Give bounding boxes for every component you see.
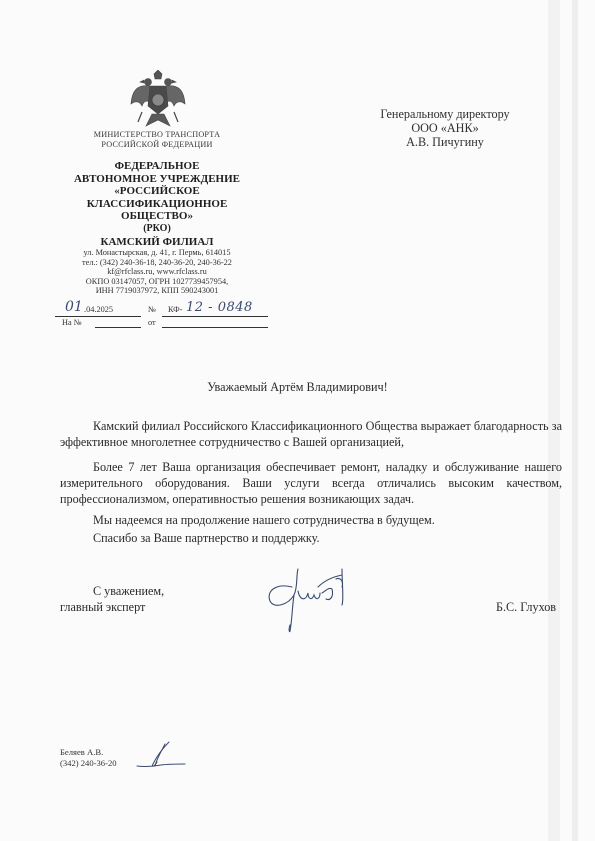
body-paragraph-3: Мы надеемся на продолжение нашего сотруд… xyxy=(60,512,562,528)
paragraph-text: Мы надеемся на продолжение нашего сотруд… xyxy=(93,513,435,527)
org-line: КАМСКИЙ ФИЛИАЛ xyxy=(62,236,252,249)
organization-contacts: ул. Монастырская, д. 41, г. Пермь, 61401… xyxy=(62,248,252,296)
executor-name: Беляев А.В. xyxy=(60,747,117,758)
org-line: ОБЩЕСТВО» xyxy=(62,210,252,223)
okpo-ogrn: ОКПО 03147057, ОГРН 1027739457954, xyxy=(62,277,252,287)
addressee-name: А.В. Пичугину xyxy=(355,135,535,149)
body-paragraph-4: Спасибо за Ваше партнерство и поддержку. xyxy=(60,530,562,546)
number-handwritten: 12 - 0848 xyxy=(186,300,253,315)
double-headed-eagle-emblem-icon xyxy=(128,70,188,132)
registration-date: 01 .04.2025 xyxy=(62,302,142,316)
ministry-line: РОССИЙСКОЙ ФЕДЕРАЦИИ xyxy=(62,140,252,150)
addressee-company: ООО «АНК» xyxy=(355,121,535,135)
ref-number-label: На № xyxy=(62,318,82,327)
ministry-title: МИНИСТЕРСТВО ТРАНСПОРТА РОССИЙСКОЙ ФЕДЕР… xyxy=(62,130,252,150)
signer-name: Б.С. Глухов xyxy=(496,600,556,615)
closing: С уважением, xyxy=(93,584,164,599)
ministry-line: МИНИСТЕРСТВО ТРАНСПОРТА xyxy=(62,130,252,140)
date-handwritten: 01 xyxy=(65,299,83,315)
ref-from-underline xyxy=(162,327,268,328)
number-printed: КФ- xyxy=(168,305,183,314)
handwritten-signature-icon xyxy=(262,565,352,635)
number-underline xyxy=(162,316,268,317)
email-web: kf@rfclass.ru, www.rfclass.ru xyxy=(62,267,252,277)
paragraph-text: Камский филиал Российского Классификацио… xyxy=(60,419,562,449)
date-underline xyxy=(55,316,141,317)
addressee-position: Генеральному директору xyxy=(355,107,535,121)
org-line: ФЕДЕРАЛЬНОЕ xyxy=(62,160,252,173)
body-paragraph-2: Более 7 лет Ваша организация обеспечивае… xyxy=(60,459,562,508)
org-line: КЛАССИФИКАЦИОННОЕ xyxy=(62,198,252,211)
paragraph-text: Спасибо за Ваше партнерство и поддержку. xyxy=(93,531,320,545)
ref-number-underline xyxy=(95,327,141,328)
body-paragraph-1: Камский филиал Российского Классификацио… xyxy=(60,418,562,450)
greeting: Уважаемый Артём Владимирович! xyxy=(0,380,595,395)
date-printed: .04.2025 xyxy=(84,305,113,314)
phones: тел.: (342) 240-36-18, 240-36-20, 240-36… xyxy=(62,258,252,268)
org-line: (РКО) xyxy=(62,223,252,236)
org-line: АВТОНОМНОЕ УЧРЕЖДЕНИЕ xyxy=(62,173,252,186)
ref-from-label: от xyxy=(148,318,156,327)
handwritten-initials-icon xyxy=(135,740,195,770)
inn-kpp: ИНН 7719037972, КПП 590243001 xyxy=(62,286,252,296)
number-label: № xyxy=(148,305,156,314)
signer-position: главный эксперт xyxy=(60,600,145,615)
address: ул. Монастырская, д. 41, г. Пермь, 61401… xyxy=(62,248,252,258)
addressee: Генеральному директору ООО «АНК» А.В. Пи… xyxy=(355,107,535,150)
paragraph-text: Более 7 лет Ваша организация обеспечивае… xyxy=(60,460,562,506)
org-line: «РОССИЙСКОЕ xyxy=(62,185,252,198)
organization-name: ФЕДЕРАЛЬНОЕ АВТОНОМНОЕ УЧРЕЖДЕНИЕ «РОССИ… xyxy=(62,160,252,248)
executor-info: Беляев А.В. (342) 240-36-20 xyxy=(60,747,117,769)
executor-phone: (342) 240-36-20 xyxy=(60,758,117,769)
scan-stripe xyxy=(572,0,578,841)
